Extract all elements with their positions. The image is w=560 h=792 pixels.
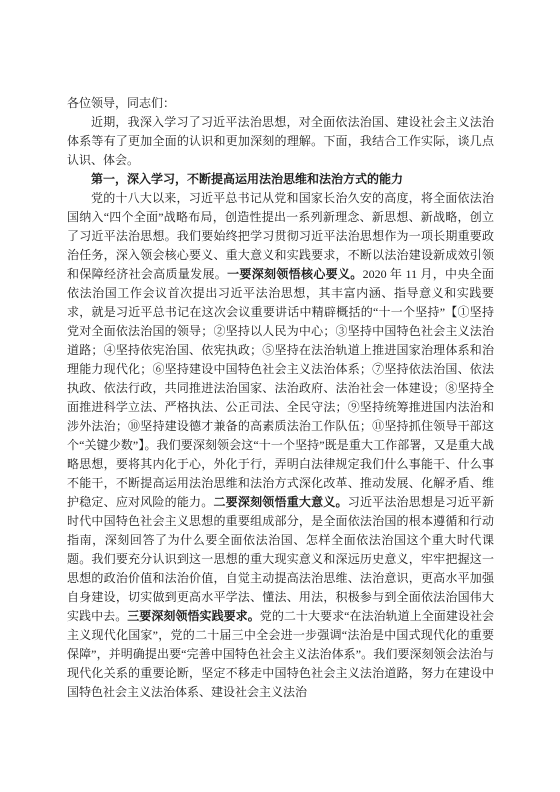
paragraph-intro: 近期，我深入学习了习近平法治思想，对全面依法治国、建设社会主义法治体系等有了更加… <box>67 113 494 170</box>
section-heading-text: 第一，深入学习，不断提高运用法治思维和法治方式的能力 <box>91 172 403 186</box>
body-run-4-bold: 二要深刻领悟重大意义。 <box>213 495 347 509</box>
salutation-text: 各位领导，同志们： <box>67 96 175 110</box>
document-content: 各位领导，同志们： 近期，我深入学习了习近平法治思想，对全面依法治国、建设社会主… <box>67 94 494 702</box>
document-page: 各位领导，同志们： 近期，我深入学习了习近平法治思想，对全面依法治国、建设社会主… <box>0 0 560 792</box>
body-run-3: 2020 年 11 月，中央全面依法治国工作会议首次提出习近平法治思想，其丰富内… <box>67 267 494 509</box>
body-run-5: 习近平法治思想是习近平新时代中国特色社会主义思想的重要组成部分，是全面依法治国的… <box>67 495 494 623</box>
body-run-6-bold: 三要深刻领悟实践要求。 <box>127 609 260 623</box>
paragraph-body: 党的十八大以来，习近平总书记从党和国家长治久安的高度，将全面依法治国纳入“四个全… <box>67 189 494 702</box>
body-run-2-bold: 一要深刻领悟核心要义。 <box>227 267 362 281</box>
intro-text: 近期，我深入学习了习近平法治思想，对全面依法治国、建设社会主义法治体系等有了更加… <box>67 115 494 167</box>
paragraph-salutation: 各位领导，同志们： <box>67 94 494 113</box>
paragraph-section-heading: 第一，深入学习，不断提高运用法治思维和法治方式的能力 <box>67 170 494 189</box>
